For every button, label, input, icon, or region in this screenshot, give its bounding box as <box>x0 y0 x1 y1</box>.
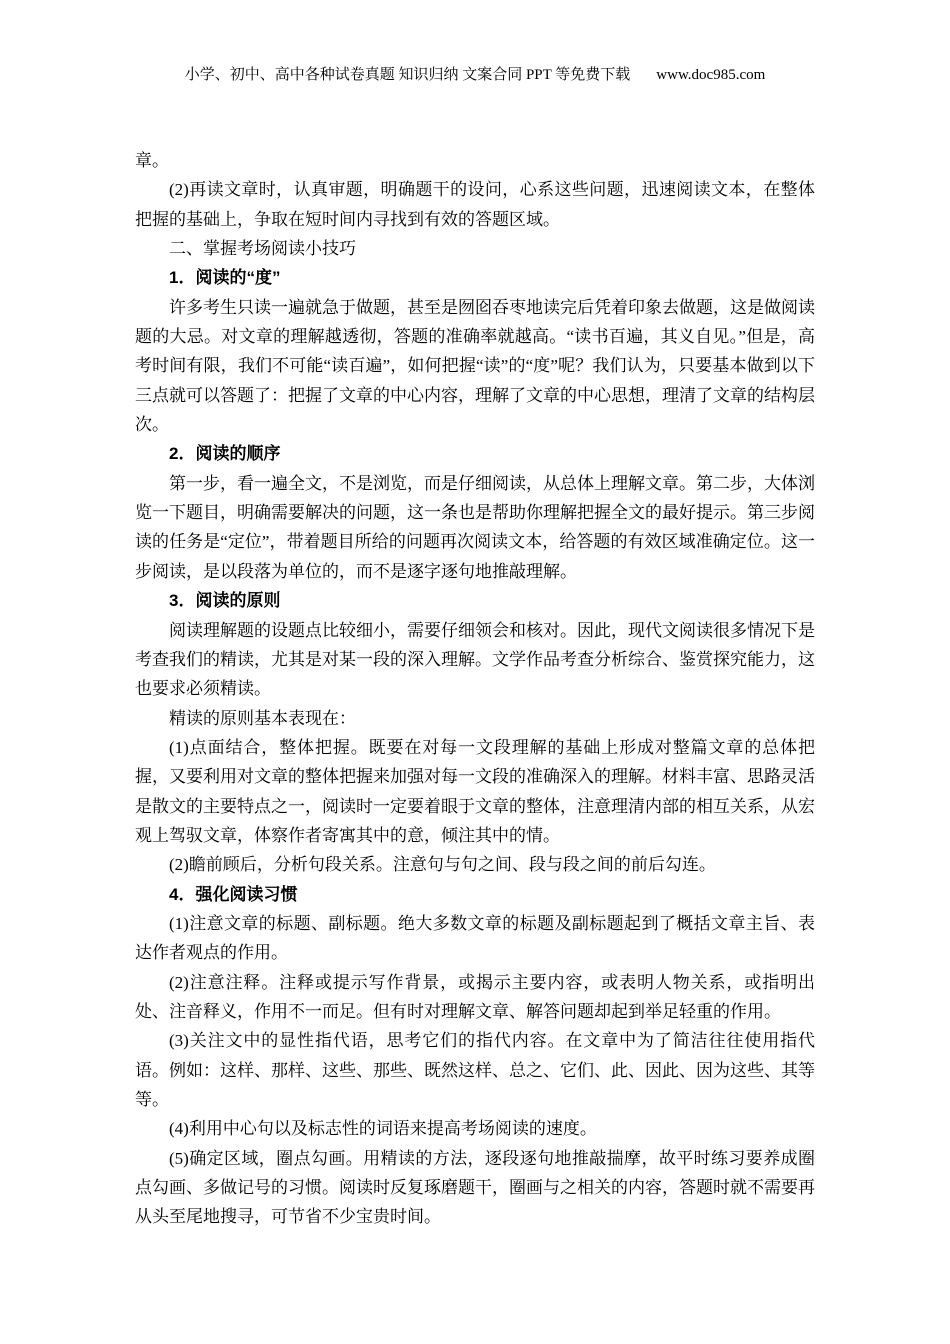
paragraph: (2)瞻前顾后，分析句段关系。注意句与句之间、段与段之间的前后勾连。 <box>135 850 815 879</box>
paragraph: (1)点面结合，整体把握。既要在对每一文段理解的基础上形成对整篇文章的总体把握，… <box>135 733 815 850</box>
paragraph: (2)注意注释。注释或提示写作背景，或揭示主要内容，或表明人物关系，或指明出处、… <box>135 968 815 1027</box>
header-site-url: www.doc985.com <box>656 67 765 83</box>
section-heading: 2．阅读的顺序 <box>135 439 815 468</box>
section-heading: 4．强化阅读习惯 <box>135 880 815 909</box>
paragraph: 二、掌握考场阅读小技巧 <box>135 234 815 263</box>
paragraph: 精读的原则基本表现在： <box>135 704 815 733</box>
section-heading: 3．阅读的原则 <box>135 586 815 615</box>
document-body: 章。(2)再读文章时，认真审题，明确题干的设问，心系这些问题，迅速阅读文本，在整… <box>135 146 815 1232</box>
paragraph: (5)确定区域，圈点勾画。用精读的方法，逐段逐句地推敲揣摩，故平时练习要养成圈点… <box>135 1144 815 1232</box>
paragraph: 章。 <box>135 146 815 175</box>
page-header: 小学、初中、高中各种试卷真题 知识归纳 文案合同 PPT 等免费下载www.do… <box>0 64 950 86</box>
paragraph: 许多考生只读一遍就急于做题，甚至是囫囵吞枣地读完后凭着印象去做题，这是做阅读题的… <box>135 293 815 440</box>
paragraph: (4)利用中心句以及标志性的词语来提高考场阅读的速度。 <box>135 1114 815 1143</box>
paragraph: (3)关注文中的显性指代语，思考它们的指代内容。在文章中为了简洁往往使用指代语。… <box>135 1026 815 1114</box>
paragraph: (1)注意文章的标题、副标题。绝大多数文章的标题及副标题起到了概括文章主旨、表达… <box>135 909 815 968</box>
document-page: 小学、初中、高中各种试卷真题 知识归纳 文案合同 PPT 等免费下载www.do… <box>0 0 950 1344</box>
section-heading: 1．阅读的“度” <box>135 263 815 292</box>
paragraph: 阅读理解题的设题点比较细小，需要仔细领会和核对。因此，现代文阅读很多情况下是考查… <box>135 616 815 704</box>
header-watermark-text: 小学、初中、高中各种试卷真题 知识归纳 文案合同 PPT 等免费下载 <box>185 67 631 83</box>
paragraph: 第一步，看一遍全文，不是浏览，而是仔细阅读，从总体上理解文章。第二步，大体浏览一… <box>135 469 815 586</box>
paragraph: (2)再读文章时，认真审题，明确题干的设问，心系这些问题，迅速阅读文本，在整体把… <box>135 175 815 234</box>
